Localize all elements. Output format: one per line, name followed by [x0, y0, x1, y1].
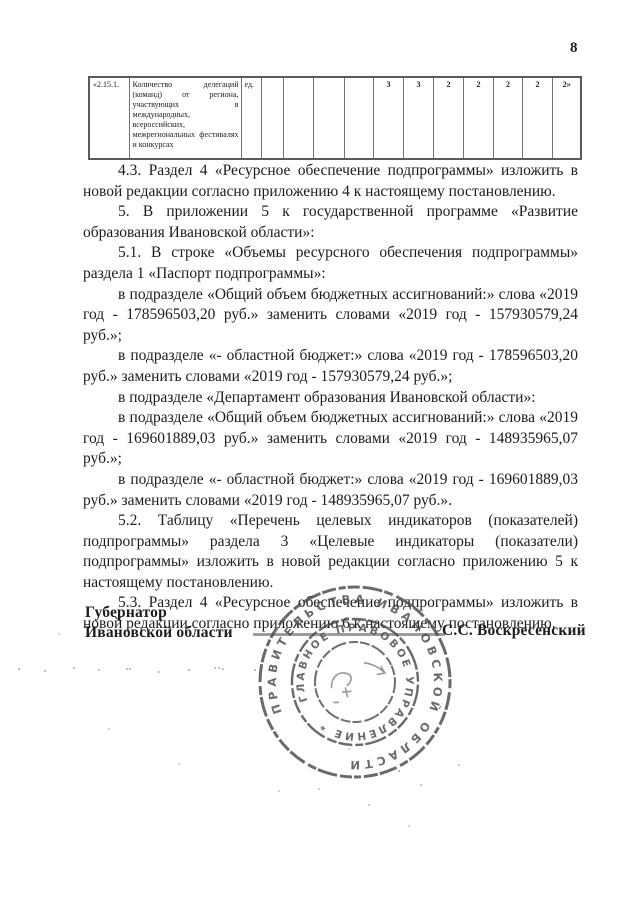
official-seal: ПРАВИТЕЛЬСТВА ИВАНОВСКОЙ ОБЛАСТИ ГЛАВНОЕ…: [255, 582, 455, 782]
seal-outer-text: ПРАВИТЕЛЬСТВА ИВАНОВСКОЙ ОБЛАСТИ: [255, 582, 455, 782]
page-number: 8: [570, 40, 579, 57]
paragraph-department: в подразделе «Департамент образования Ив…: [83, 388, 578, 409]
signatory-title: Губернатор Ивановской области: [85, 603, 233, 643]
signatory-title-line2: Ивановской области: [85, 623, 233, 643]
paragraph-5: 5. В приложении 5 к государственной прог…: [83, 202, 578, 243]
table-cell-value: 3: [403, 77, 433, 159]
table-cell-value: 2: [463, 77, 493, 159]
paragraph-5-1: 5.1. В строке «Объемы ресурсного обеспеч…: [83, 243, 578, 284]
seal-center-scribble: [324, 657, 389, 705]
table-cell-value: 3: [373, 77, 403, 159]
scan-noise: [18, 668, 20, 670]
table-row: «2.15.1. Количество делегаций (команд) о…: [89, 77, 581, 159]
table-cell-empty: [283, 77, 313, 159]
scan-noise: [398, 770, 400, 772]
table-cell-value: 2»: [552, 77, 581, 159]
table-cell-empty: [344, 77, 373, 159]
paragraph-4-3: 4.3. Раздел 4 «Ресурсное обеспечение под…: [83, 161, 578, 202]
paragraph-budget-total-1: в подразделе «Общий объем бюджетных асси…: [83, 285, 578, 347]
seal-outer-circle: [255, 582, 455, 782]
signatory-name: С.С. Воскресенский: [442, 622, 586, 640]
table-cell-value: 2: [493, 77, 522, 159]
table-cell-unit: ед.: [241, 77, 261, 159]
paragraph-regional-budget-2: в подразделе «- областной бюджет:» слова…: [83, 470, 578, 511]
signatory-title-line1: Губернатор: [85, 603, 233, 623]
table-cell-value: 2: [433, 77, 463, 159]
table-cell-row-id: «2.15.1.: [89, 77, 129, 159]
table-cell-empty: [313, 77, 344, 159]
paragraph-regional-budget-1: в подразделе «- областной бюджет:» слова…: [83, 346, 578, 387]
document-body: 4.3. Раздел 4 «Ресурсное обеспечение под…: [83, 161, 578, 635]
paragraph-budget-total-2: в подразделе «Общий объем бюджетных асси…: [83, 408, 578, 470]
indicators-table: «2.15.1. Количество делегаций (команд) о…: [88, 76, 582, 160]
table-cell-empty: [261, 77, 283, 159]
table-cell-value: 2: [522, 77, 552, 159]
table-cell-indicator: Количество делегаций (команд) от региона…: [129, 77, 241, 159]
